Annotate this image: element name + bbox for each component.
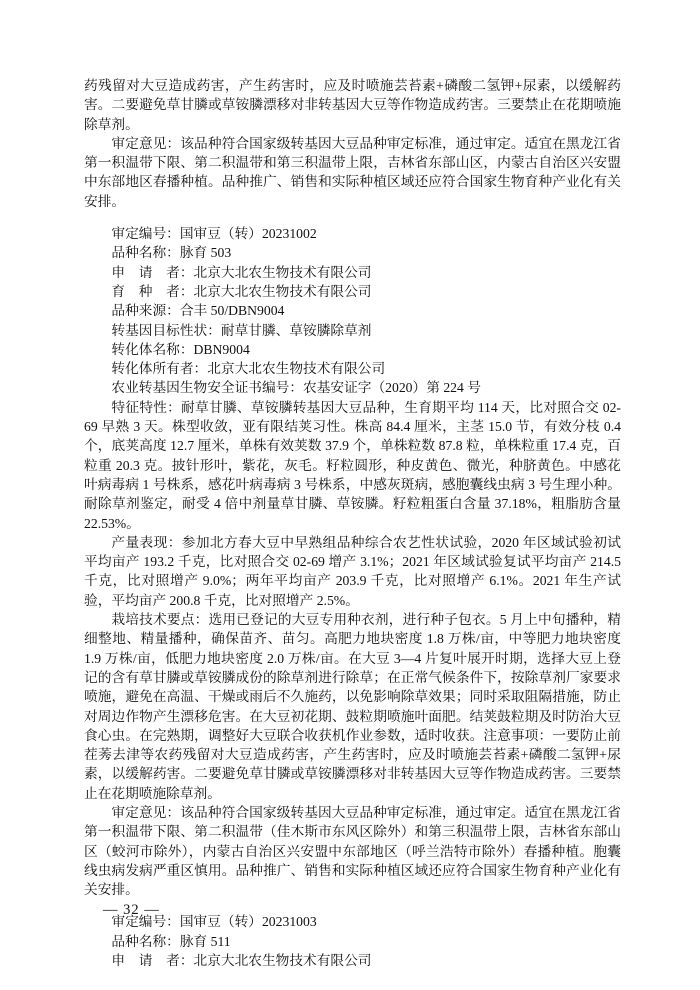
paragraph: 转化体名称：DBN9004 xyxy=(84,340,621,359)
paragraph: 申 请 者：北京大北农生物技术有限公司 xyxy=(84,263,621,282)
paragraph: 审定意见：该品种符合国家级转基因大豆品种审定标准，通过审定。适宜在黑龙江省第一积… xyxy=(84,803,621,899)
paragraph: 审定意见：该品种符合国家级转基因大豆品种审定标准，通过审定。适宜在黑龙江省第一积… xyxy=(84,134,621,211)
paragraph: 品种来源：合丰 50/DBN9004 xyxy=(84,301,621,320)
paragraph: 产量表现：参加北方春大豆中早熟组品种综合农艺性状试验，2020 年区域试验初试平… xyxy=(84,533,621,610)
paragraph: 转化体所有者：北京大北农生物技术有限公司 xyxy=(84,359,621,378)
document-page: 药残留对大豆造成药害，产生药害时，应及时喷施芸苔素+磷酸二氢钾+尿素，以缓解药害… xyxy=(0,0,700,990)
paragraph: 农业转基因生物安全证书编号：农基安证字（2020）第 224 号 xyxy=(84,378,621,397)
paragraph: 育 种 者：北京大北农生物技术有限公司 xyxy=(84,282,621,301)
paragraph: 特征特性：耐草甘膦、草铵膦转基因大豆品种，生育期平均 114 天，比对照合交 0… xyxy=(84,398,621,533)
paragraph: 药残留对大豆造成药害，产生药害时，应及时喷施芸苔素+磷酸二氢钾+尿素，以缓解药害… xyxy=(84,76,621,134)
document-body: 药残留对大豆造成药害，产生药害时，应及时喷施芸苔素+磷酸二氢钾+尿素，以缓解药害… xyxy=(84,76,621,970)
paragraph: 审定编号：国审豆（转）20231002 xyxy=(84,224,621,243)
paragraph: 品种名称：脉育 511 xyxy=(84,932,621,951)
paragraph: 审定编号：国审豆（转）20231003 xyxy=(84,912,621,931)
paragraph: 转基因目标性状：耐草甘膦、草铵膦除草剂 xyxy=(84,321,621,340)
paragraph: 品种名称：脉育 503 xyxy=(84,243,621,262)
paragraph: 栽培技术要点：选用已登记的大豆专用种衣剂，进行种子包衣。5 月上中旬播种，精细整… xyxy=(84,610,621,803)
page-number: — 32 — xyxy=(103,902,160,919)
paragraph: 申 请 者：北京大北农生物技术有限公司 xyxy=(84,951,621,970)
